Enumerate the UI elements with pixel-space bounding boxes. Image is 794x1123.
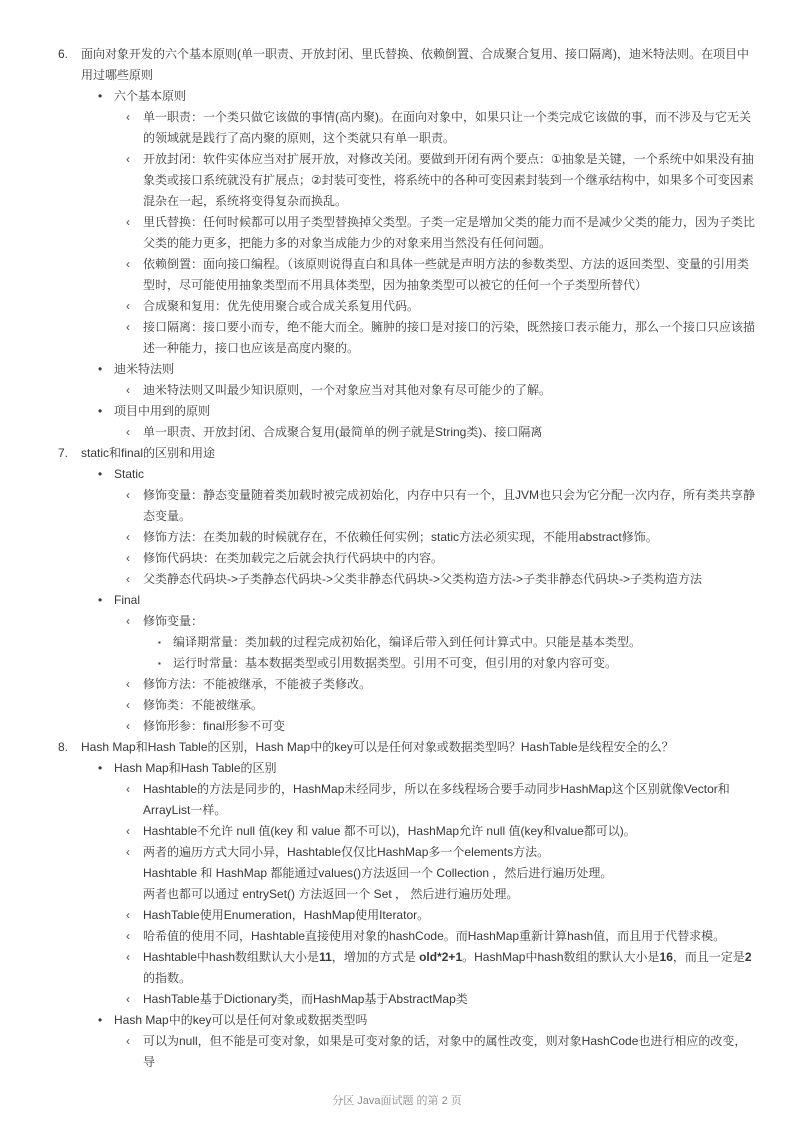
item-text: 修饰类：不能被继承。 xyxy=(143,695,756,716)
item-text: 修饰变量： xyxy=(143,611,756,632)
outline-root: 6.面向对象开发的六个基本原则(单一职责、开放封闭、里氏替换、依赖倒置、合成聚合… xyxy=(58,44,756,1073)
item-text: 六个基本原则 xyxy=(114,86,756,107)
item-text: 修饰形参：final形参不可变 xyxy=(143,716,756,737)
text-run: 。HashMap中hash数组的默认大小是 xyxy=(462,950,659,964)
bullet-icon: ‹ xyxy=(126,926,143,947)
text-run: 的指数。 xyxy=(143,971,191,985)
page-footer: 分区 Java面试题 的第 2 页 xyxy=(0,1093,794,1109)
outline-subitem: ‹里氏替换：任何时候都可以用子类型替换掉父类型。子类一定是增加父类的能力而不是减… xyxy=(126,212,756,254)
outline-subitem: ‹修饰方法：在类加载的时候就存在，不依赖任何实例；static方法必须实现，不能… xyxy=(126,527,756,548)
bullet-icon: ‹ xyxy=(126,821,143,842)
bullet-icon: ▪ xyxy=(158,632,173,653)
outline-subitem: ‹两者的遍历方式大同小异，Hashtable仅仅比HashMap多一个eleme… xyxy=(126,842,756,905)
bullet-icon: ‹ xyxy=(126,674,143,695)
bullet-icon: ‹ xyxy=(126,1031,143,1052)
outline-subitem: ‹依赖倒置：面向接口编程。（该原则说得直白和具体一些就是声明方法的参数类型、方法… xyxy=(126,254,756,296)
item-text: 修饰代码块：在类加载完之后就会执行代码块中的内容。 xyxy=(143,548,756,569)
item-text: Hashtable中hash数组默认大小是11，增加的方式是 old*2+1。H… xyxy=(143,947,756,989)
outline-subitem: •Static xyxy=(98,464,756,485)
bold-text-run: 11 xyxy=(319,950,332,964)
item-text: Hash Map和Hash Table的区别，Hash Map中的key可以是任… xyxy=(81,737,756,758)
item-text: HashTable基于Dictionary类，而HashMap基于Abstrac… xyxy=(143,989,756,1010)
bullet-icon: ‹ xyxy=(126,212,143,233)
item-text: 编译期常量：类加载的过程完成初始化，编译后带入到任何计算式中。只能是基本类型。 xyxy=(173,632,756,653)
outline-subitem: ‹单一职责：一个类只做它该做的事情(高内聚)。在面向对象中，如果只让一个类完成它… xyxy=(126,107,756,149)
bold-text-run: 16 xyxy=(660,950,673,964)
text-run: ，而且一定是 xyxy=(673,950,745,964)
outline-subitem: ‹HashTable使用Enumeration，HashMap使用Iterato… xyxy=(126,905,756,926)
outline-subitem: ‹父类静态代码块->子类静态代码块->父类非静态代码块->父类构造方法->子类非… xyxy=(126,569,756,590)
bullet-icon: ‹ xyxy=(126,905,143,926)
outline-item: 6.面向对象开发的六个基本原则(单一职责、开放封闭、里氏替换、依赖倒置、合成聚合… xyxy=(58,44,756,86)
outline-item: 7.static和final的区别和用途 xyxy=(58,443,756,464)
outline-subitem: ‹HashTable基于Dictionary类，而HashMap基于Abstra… xyxy=(126,989,756,1010)
outline-subitem: ‹接口隔离：接口要小而专，绝不能大而全。臃肿的接口是对接口的污染，既然接口表示能… xyxy=(126,317,756,359)
outline-subitem: ‹修饰变量：静态变量随着类加载时被完成初始化，内存中只有一个，且JVM也只会为它… xyxy=(126,485,756,527)
bullet-icon: ‹ xyxy=(126,422,143,443)
outline-subitem: ‹可以为null，但不能是可变对象，如果是可变对象的话，对象中的属性改变，则对象… xyxy=(126,1031,756,1073)
item-text: HashTable使用Enumeration，HashMap使用Iterator… xyxy=(143,905,756,926)
outline-subitem: •Hash Map和Hash Table的区别 xyxy=(98,758,756,779)
bullet-icon: ‹ xyxy=(126,317,143,338)
bullet-icon: ‹ xyxy=(126,716,143,737)
bullet-icon: ‹ xyxy=(126,548,143,569)
outline-subitem: ▪编译期常量：类加载的过程完成初始化，编译后带入到任何计算式中。只能是基本类型。 xyxy=(158,632,756,653)
item-text: 可以为null，但不能是可变对象，如果是可变对象的话，对象中的属性改变，则对象H… xyxy=(143,1031,756,1073)
item-text: 开放封闭：软件实体应当对扩展开放，对修改关闭。要做到开闭有两个要点：①抽象是关键… xyxy=(143,149,756,212)
bullet-icon: ‹ xyxy=(126,989,143,1010)
outline-subitem: •Hash Map中的key可以是任何对象或数据类型吗 xyxy=(98,1010,756,1031)
item-text: static和final的区别和用途 xyxy=(81,443,756,464)
outline-subitem: ‹开放封闭：软件实体应当对扩展开放，对修改关闭。要做到开闭有两个要点：①抽象是关… xyxy=(126,149,756,212)
bullet-icon: • xyxy=(98,464,114,485)
bullet-icon: ‹ xyxy=(126,842,143,863)
outline-subitem: ‹Hashtable不允许 null 值(key 和 value 都不可以)，H… xyxy=(126,821,756,842)
item-text: Hashtable不允许 null 值(key 和 value 都不可以)，Ha… xyxy=(143,821,756,842)
item-text: 依赖倒置：面向接口编程。（该原则说得直白和具体一些就是声明方法的参数类型、方法的… xyxy=(143,254,756,296)
outline-subitem: ‹修饰形参：final形参不可变 xyxy=(126,716,756,737)
outline-subitem: ‹Hashtable中hash数组默认大小是11，增加的方式是 old*2+1。… xyxy=(126,947,756,989)
item-text: 面向对象开发的六个基本原则(单一职责、开放封闭、里氏替换、依赖倒置、合成聚合复用… xyxy=(81,44,756,86)
bullet-icon: ‹ xyxy=(126,254,143,275)
bullet-icon: ‹ xyxy=(126,695,143,716)
text-run: ，增加的方式是 xyxy=(332,950,419,964)
bullet-icon: ‹ xyxy=(126,527,143,548)
bullet-icon: ‹ xyxy=(126,485,143,506)
bullet-icon: • xyxy=(98,590,114,611)
item-text: 修饰变量：静态变量随着类加载时被完成初始化，内存中只有一个，且JVM也只会为它分… xyxy=(143,485,756,527)
item-text: 里氏替换：任何时候都可以用子类型替换掉父类型。子类一定是增加父类的能力而不是减少… xyxy=(143,212,756,254)
bullet-icon: • xyxy=(98,86,114,107)
item-text: 单一职责：一个类只做它该做的事情(高内聚)。在面向对象中，如果只让一个类完成它该… xyxy=(143,107,756,149)
item-number: 7. xyxy=(58,443,81,464)
bullet-icon: • xyxy=(98,758,114,779)
bullet-icon: ‹ xyxy=(126,947,143,968)
outline-subitem: ‹修饰代码块：在类加载完之后就会执行代码块中的内容。 xyxy=(126,548,756,569)
item-text: 父类静态代码块->子类静态代码块->父类非静态代码块->父类构造方法->子类非静… xyxy=(143,569,756,590)
item-text: 修饰方法：不能被继承，不能被子类修改。 xyxy=(143,674,756,695)
item-text: Final xyxy=(114,590,756,611)
outline-subitem: ▪运行时常量：基本数据类型或引用数据类型。引用不可变，但引用的对象内容可变。 xyxy=(158,653,756,674)
outline-subitem: •六个基本原则 xyxy=(98,86,756,107)
item-text: 修饰方法：在类加载的时候就存在，不依赖任何实例；static方法必须实现，不能用… xyxy=(143,527,756,548)
bullet-icon: ‹ xyxy=(126,569,143,590)
bold-text-run: old*2+1 xyxy=(419,950,462,964)
outline-subitem: ‹哈希值的使用不同，Hashtable直接使用对象的hashCode。而Hash… xyxy=(126,926,756,947)
text-run: Hashtable中hash数组默认大小是 xyxy=(143,950,319,964)
bullet-icon: • xyxy=(98,359,114,380)
bullet-icon: ▪ xyxy=(158,653,173,674)
item-number: 6. xyxy=(58,44,81,65)
outline-subitem: ‹修饰类：不能被继承。 xyxy=(126,695,756,716)
item-text: 合成聚和复用：优先使用聚合或合成关系复用代码。 xyxy=(143,296,756,317)
item-text: Hashtable的方法是同步的，HashMap未经同步，所以在多线程场合要手动… xyxy=(143,779,756,821)
item-text-line: 两者也都可以通过 entrySet() 方法返回一个 Set ， 然后进行遍历处… xyxy=(143,884,756,905)
outline-subitem: ‹合成聚和复用：优先使用聚合或合成关系复用代码。 xyxy=(126,296,756,317)
bullet-icon: ‹ xyxy=(126,296,143,317)
item-text: 项目中用到的原则 xyxy=(114,401,756,422)
item-text-line: Hashtable 和 HashMap 都能通过values()方法返回一个 C… xyxy=(143,863,756,884)
bullet-icon: ‹ xyxy=(126,779,143,800)
outline-subitem: ‹修饰方法：不能被继承，不能被子类修改。 xyxy=(126,674,756,695)
bullet-icon: ‹ xyxy=(126,107,143,128)
bullet-icon: ‹ xyxy=(126,611,143,632)
item-text: 迪米特法则又叫最少知识原则，一个对象应当对其他对象有尽可能少的了解。 xyxy=(143,380,756,401)
item-text: Hash Map中的key可以是任何对象或数据类型吗 xyxy=(114,1010,756,1031)
outline-subitem: ‹迪米特法则又叫最少知识原则，一个对象应当对其他对象有尽可能少的了解。 xyxy=(126,380,756,401)
outline-subitem: ‹修饰变量： xyxy=(126,611,756,632)
item-text: 接口隔离：接口要小而专，绝不能大而全。臃肿的接口是对接口的污染，既然接口表示能力… xyxy=(143,317,756,359)
item-text: 迪米特法则 xyxy=(114,359,756,380)
bold-text-run: 2 xyxy=(745,950,752,964)
item-text: 哈希值的使用不同，Hashtable直接使用对象的hashCode。而HashM… xyxy=(143,926,756,947)
item-text: 单一职责、开放封闭、合成聚合复用(最简单的例子就是String类)、接口隔离 xyxy=(143,422,756,443)
outline-subitem: •Final xyxy=(98,590,756,611)
item-text: Hash Map和Hash Table的区别 xyxy=(114,758,756,779)
document-content: 6.面向对象开发的六个基本原则(单一职责、开放封闭、里氏替换、依赖倒置、合成聚合… xyxy=(58,44,756,1073)
bullet-icon: • xyxy=(98,401,114,422)
item-text: 两者的遍历方式大同小异，Hashtable仅仅比HashMap多一个elemen… xyxy=(143,842,756,905)
outline-item: 8.Hash Map和Hash Table的区别，Hash Map中的key可以… xyxy=(58,737,756,758)
item-text-line: 两者的遍历方式大同小异，Hashtable仅仅比HashMap多一个elemen… xyxy=(143,842,756,863)
outline-subitem: ‹单一职责、开放封闭、合成聚合复用(最简单的例子就是String类)、接口隔离 xyxy=(126,422,756,443)
bullet-icon: ‹ xyxy=(126,149,143,170)
outline-subitem: •项目中用到的原则 xyxy=(98,401,756,422)
bullet-icon: • xyxy=(98,1010,114,1031)
bullet-icon: ‹ xyxy=(126,380,143,401)
outline-subitem: •迪米特法则 xyxy=(98,359,756,380)
item-text: Static xyxy=(114,464,756,485)
outline-subitem: ‹Hashtable的方法是同步的，HashMap未经同步，所以在多线程场合要手… xyxy=(126,779,756,821)
item-text: 运行时常量：基本数据类型或引用数据类型。引用不可变，但引用的对象内容可变。 xyxy=(173,653,756,674)
item-number: 8. xyxy=(58,737,81,758)
